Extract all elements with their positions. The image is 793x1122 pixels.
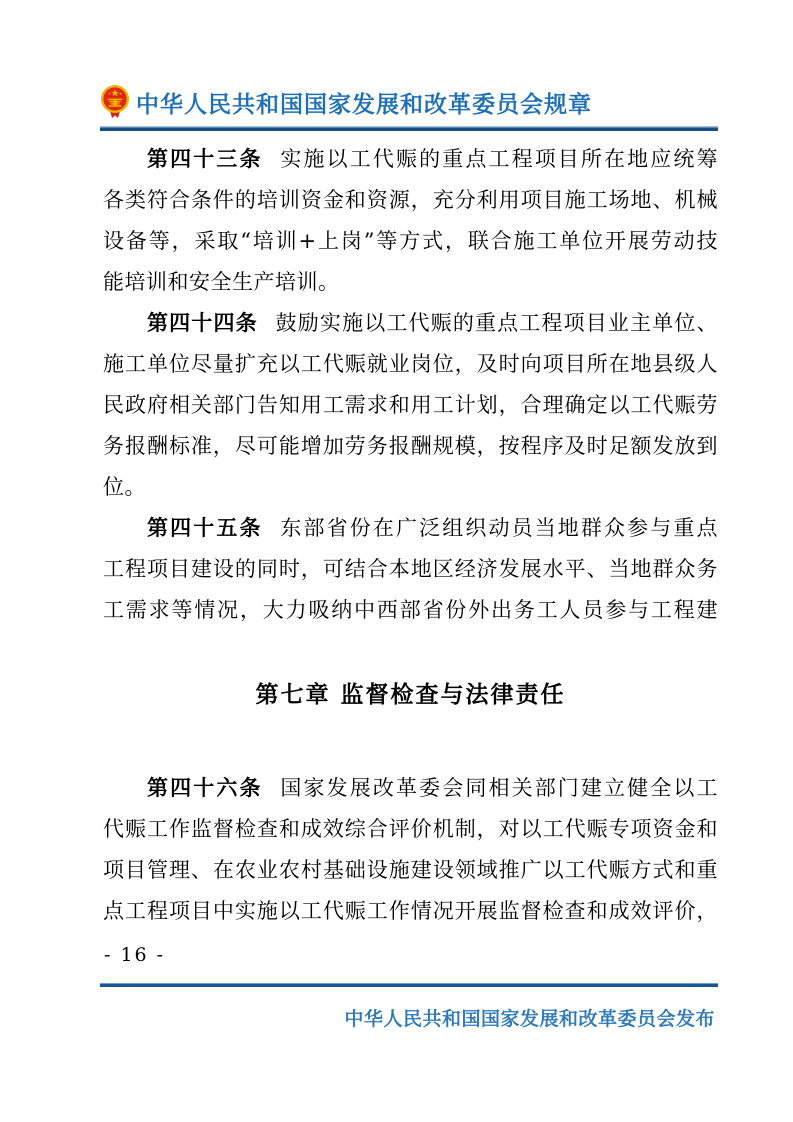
page-header: 中华人民共和国国家发展和改革委员会规章 <box>100 82 718 122</box>
page-number: - 16 - <box>104 944 165 966</box>
article-first-line-text: 东部省份在广泛组织动员当地群众参与重点 <box>280 516 718 540</box>
text-line: 第四十三条实施以工代赈的重点工程项目所在地应统筹 <box>103 139 718 180</box>
header-title: 中华人民共和国国家发展和改革委员会规章 <box>136 86 592 119</box>
text-line: 各类符合条件的培训资金和资源，充分利用项目施工场地、机械 <box>103 180 718 221</box>
text-line: 工程项目建设的同时，可结合本地区经济发展水平、当地群众务 <box>103 549 718 590</box>
article-number: 第四十六条 <box>147 776 263 800</box>
footer-rule <box>100 983 718 987</box>
article-number: 第四十五条 <box>147 516 263 540</box>
chapter-heading: 第七章 监督检查与法律责任 <box>103 675 718 716</box>
article-first-line-text: 实施以工代赈的重点工程项目所在地应统筹 <box>280 147 718 171</box>
national-emblem-icon <box>100 84 130 120</box>
article-first-line-text: 鼓励实施以工代赈的重点工程项目业主单位、 <box>276 311 718 335</box>
text-line: 民政府相关部门告知用工需求和用工计划，合理确定以工代赈劳 <box>103 385 718 426</box>
text-line: 能培训和安全生产培训。 <box>103 262 718 303</box>
text-line: 位。 <box>103 467 718 508</box>
text-line: 施工单位尽量扩充以工代赈就业岗位，及时向项目所在地县级人 <box>103 344 718 385</box>
document-body: 第四十三条实施以工代赈的重点工程项目所在地应统筹各类符合条件的培训资金和资源，充… <box>103 131 718 932</box>
article-number: 第四十三条 <box>147 147 263 171</box>
document-page: 中华人民共和国国家发展和改革委员会规章 第四十三条实施以工代赈的重点工程项目所在… <box>0 0 793 1122</box>
text-line: 第四十六条国家发展改革委会同相关部门建立健全以工 <box>103 768 718 809</box>
article-44: 第四十四条鼓励实施以工代赈的重点工程项目业主单位、施工单位尽量扩充以工代赈就业岗… <box>103 303 718 508</box>
article-43: 第四十三条实施以工代赈的重点工程项目所在地应统筹各类符合条件的培训资金和资源，充… <box>103 139 718 303</box>
text-line: 代赈工作监督检查和成效综合评价机制，对以工代赈专项资金和 <box>103 809 718 850</box>
text-line: 务报酬标准，尽可能增加劳务报酬规模，按程序及时足额发放到 <box>103 426 718 467</box>
text-line: 点工程项目中实施以工代赈工作情况开展监督检查和成效评价， <box>103 891 718 932</box>
text-line: 第四十四条鼓励实施以工代赈的重点工程项目业主单位、 <box>103 303 718 344</box>
publisher-line: 中华人民共和国国家发展和改革委员会发布 <box>344 1004 715 1031</box>
article-45: 第四十五条东部省份在广泛组织动员当地群众参与重点工程项目建设的同时，可结合本地区… <box>103 508 718 631</box>
text-line: 设备等，采取“培训+上岗”等方式，联合施工单位开展劳动技 <box>103 221 718 262</box>
text-line: 项目管理、在农业农村基础设施建设领域推广以工代赈方式和重 <box>103 850 718 891</box>
article-number: 第四十四条 <box>147 311 258 335</box>
article-46: 第四十六条国家发展改革委会同相关部门建立健全以工代赈工作监督检查和成效综合评价机… <box>103 768 718 932</box>
article-first-line-text: 国家发展改革委会同相关部门建立健全以工 <box>280 776 718 800</box>
text-line: 第四十五条东部省份在广泛组织动员当地群众参与重点 <box>103 508 718 549</box>
text-line: 工需求等情况，大力吸纳中西部省份外出务工人员参与工程建设。 <box>103 590 718 631</box>
